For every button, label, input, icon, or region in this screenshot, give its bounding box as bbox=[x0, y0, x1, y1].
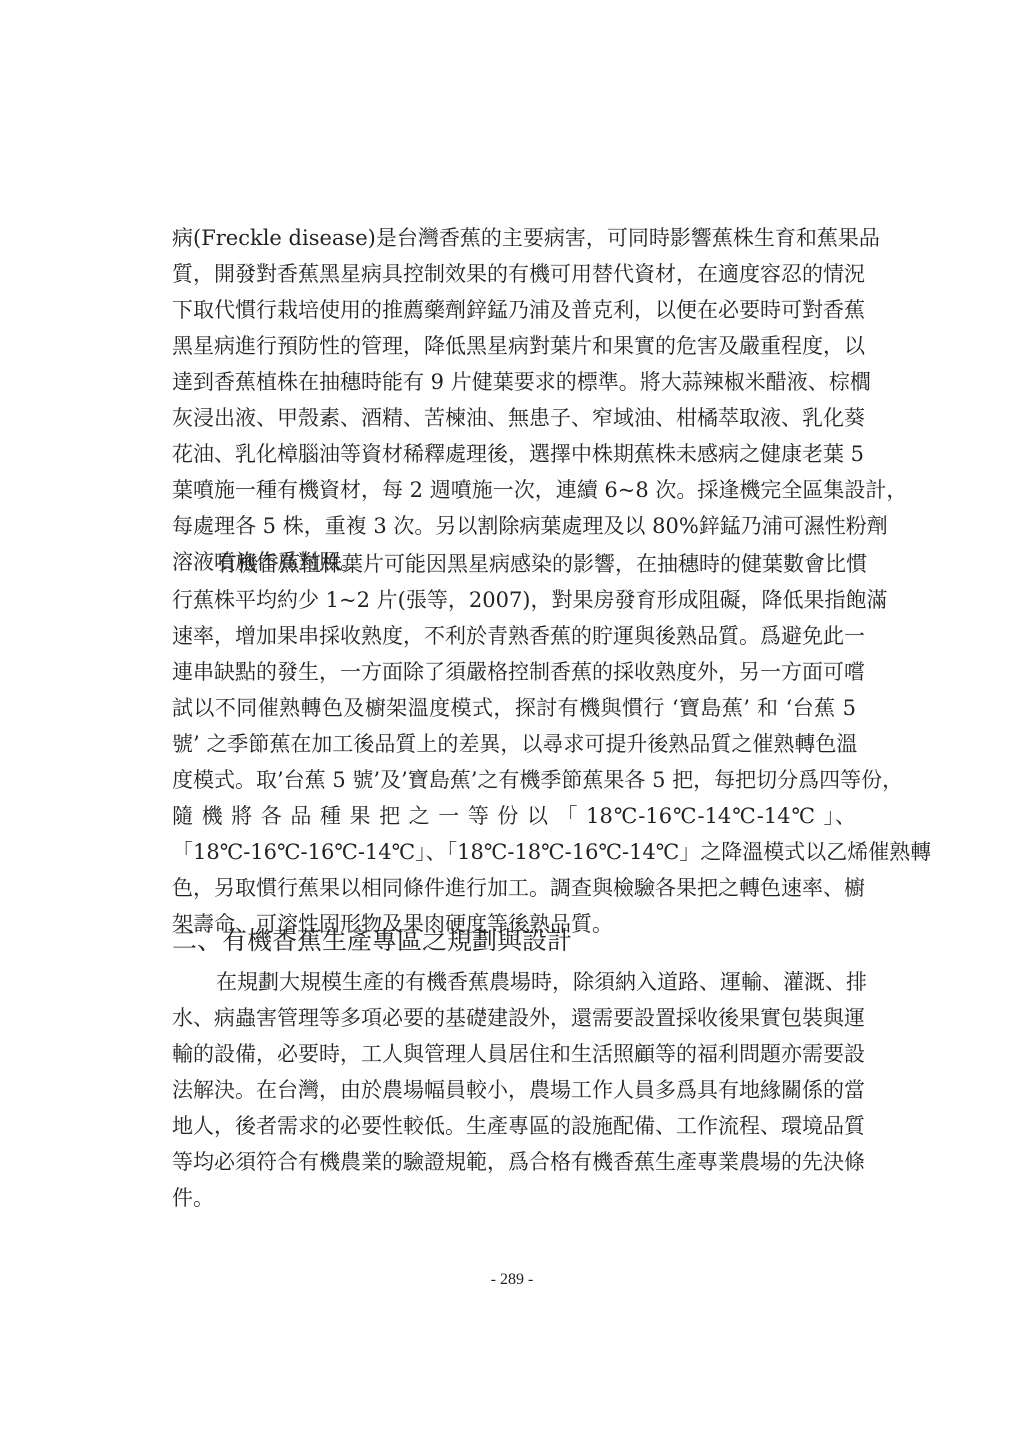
paragraph-freckle-disease: 病(Freckle disease)是台灣香蕉的主要病害，可同時影響蕉株生育和蕉… bbox=[172, 220, 856, 580]
text-line: 隨 機 將 各 品 種 果 把 之 一 等 份 以 「 18℃-16℃-14℃-… bbox=[172, 798, 856, 834]
section-heading: 二、有機香蕉生產專區之規劃與設計 bbox=[172, 923, 572, 959]
text-line: 號’ 之季節蕉在加工後品質上的差異，以尋求可提升後熟品質之催熟轉色溫 bbox=[172, 726, 856, 762]
text-line: 速率，增加果串採收熟度，不利於青熟香蕉的貯運與後熟品質。爲避免此一 bbox=[172, 618, 856, 654]
page-number: - 289 - bbox=[0, 1268, 1024, 1292]
text-line: 下取代慣行栽培使用的推薦藥劑鋅錳乃浦及普克利，以便在必要時可對香蕉 bbox=[172, 292, 856, 328]
text-line: 水、病蟲害管理等多項必要的基礎建設外，還需要設置採收後果實包裝與運 bbox=[172, 1000, 856, 1036]
text-line: 每處理各 5 株，重複 3 次。另以割除病葉處理及以 80%鋅錳乃浦可濕性粉劑 bbox=[172, 508, 856, 544]
text-line: 連串缺點的發生，一方面除了須嚴格控制香蕉的採收熟度外，另一方面可嚐 bbox=[172, 654, 856, 690]
text-line: 花油、乳化樟腦油等資材稀釋處理後，選擇中株期蕉株未感病之健康老葉 5 bbox=[172, 436, 856, 472]
text-line: 「18℃-16℃-16℃-14℃」、「18℃-18℃-16℃-14℃」之降溫模式… bbox=[172, 834, 856, 870]
text-line: 件。 bbox=[172, 1180, 856, 1216]
text-line: 灰浸出液、甲殼素、酒精、苦楝油、無患子、窄域油、柑橘萃取液、乳化葵 bbox=[172, 400, 856, 436]
text-line: 有機香蕉植株葉片可能因黑星病感染的影響，在抽穗時的健葉數會比慣 bbox=[172, 546, 856, 582]
text-line: 等均必須符合有機農業的驗證規範，爲合格有機香蕉生產專業農場的先決條 bbox=[172, 1144, 856, 1180]
document-page: 病(Freckle disease)是台灣香蕉的主要病害，可同時影響蕉株生育和蕉… bbox=[0, 0, 1024, 1448]
text-line: 行蕉株平均約少 1~2 片(張等，2007)，對果房發育形成阻礙，降低果指飽滿 bbox=[172, 582, 856, 618]
paragraph-planning: 在規劃大規模生產的有機香蕉農場時，除須納入道路、運輸、灌溉、排 水、病蟲害管理等… bbox=[172, 964, 856, 1216]
text-line: 度模式。取’台蕉 5 號’及’寶島蕉’之有機季節蕉果各 5 把，每把切分爲四等份… bbox=[172, 762, 856, 798]
text-line: 試以不同催熟轉色及櫥架溫度模式，探討有機與慣行 ‘寶島蕉’ 和 ‘台蕉 5 bbox=[172, 690, 856, 726]
paragraph-ripening: 有機香蕉植株葉片可能因黑星病感染的影響，在抽穗時的健葉數會比慣 行蕉株平均約少 … bbox=[172, 546, 856, 942]
text-line: 在規劃大規模生產的有機香蕉農場時，除須納入道路、運輸、灌溉、排 bbox=[172, 964, 856, 1000]
text-line: 達到香蕉植株在抽穗時能有 9 片健葉要求的標準。將大蒜辣椒米醋液、棕櫚 bbox=[172, 364, 856, 400]
text-line: 葉噴施一種有機資材，每 2 週噴施一次，連續 6~8 次。採逢機完全區集設計， bbox=[172, 472, 856, 508]
text-line: 地人，後者需求的必要性較低。生產專區的設施配備、工作流程、環境品質 bbox=[172, 1108, 856, 1144]
text-line: 病(Freckle disease)是台灣香蕉的主要病害，可同時影響蕉株生育和蕉… bbox=[172, 220, 856, 256]
text-line: 法解決。在台灣，由於農場幅員較小，農場工作人員多爲具有地緣關係的當 bbox=[172, 1072, 856, 1108]
text-line: 色，另取慣行蕉果以相同條件進行加工。調查與檢驗各果把之轉色速率、櫥 bbox=[172, 870, 856, 906]
text-line: 質，開發對香蕉黑星病具控制效果的有機可用替代資材，在適度容忍的情況 bbox=[172, 256, 856, 292]
text-line: 輸的設備，必要時，工人與管理人員居住和生活照顧等的福利問題亦需要設 bbox=[172, 1036, 856, 1072]
text-line: 黑星病進行預防性的管理，降低黑星病對葉片和果實的危害及嚴重程度，以 bbox=[172, 328, 856, 364]
